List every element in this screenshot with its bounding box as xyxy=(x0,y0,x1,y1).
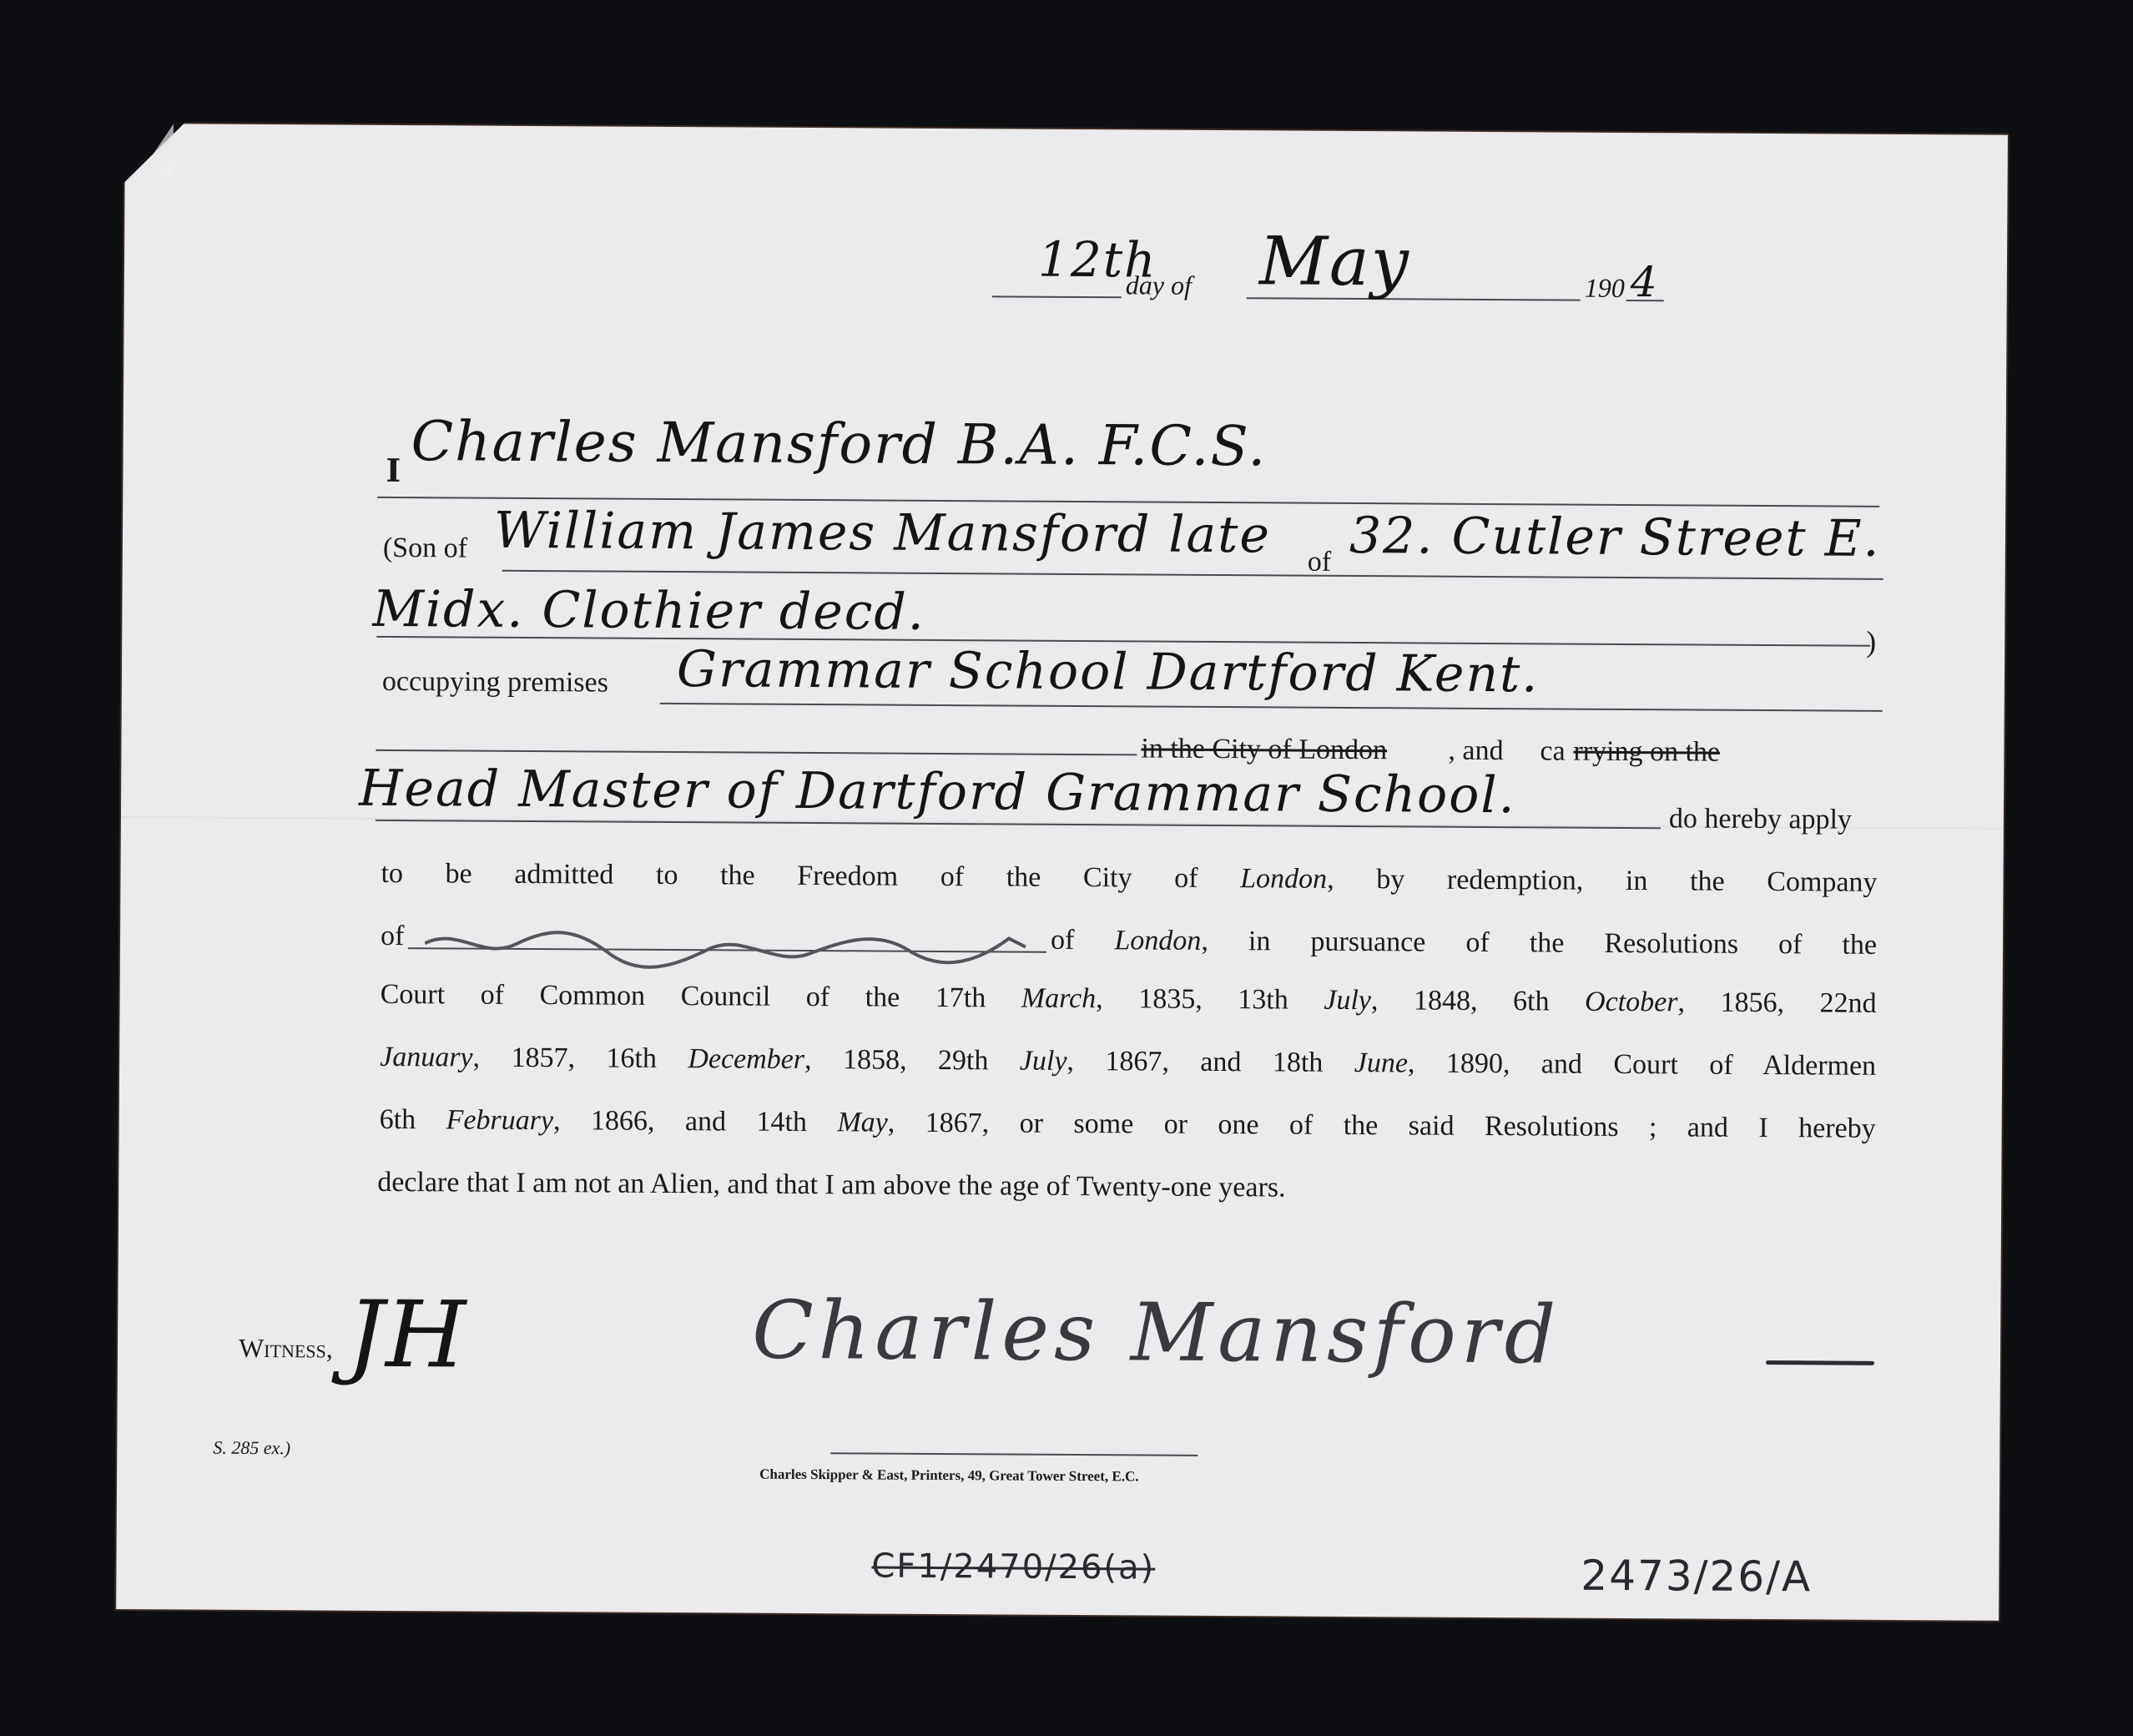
body-line-1: to be admitted to the Freedom of the Cit… xyxy=(381,860,1877,897)
father-rule xyxy=(502,570,1883,580)
company-of-label: of xyxy=(381,922,405,951)
date-line: 12th day of May 190 4 xyxy=(125,124,2008,135)
date-month: May xyxy=(1259,222,1410,300)
witness-label: Witness, xyxy=(239,1335,333,1362)
body-line-2: of London, in pursuance of the Resolutio… xyxy=(1051,926,1877,960)
archive-ref-current: 2473/26/A xyxy=(1581,1552,1812,1602)
address-line1: 32. Cutler Street E. xyxy=(1349,507,1881,568)
applicant-name: Charles Mansford B.A. F.C.S. xyxy=(411,409,1267,478)
printer-rule xyxy=(830,1452,1198,1456)
city-and-text: , and xyxy=(1448,737,1510,765)
form-number: S. 285 ex.) xyxy=(213,1439,290,1458)
signature-dash xyxy=(1766,1360,1874,1365)
premises-label: occupying premises xyxy=(382,668,608,698)
apply-label: do hereby apply xyxy=(1669,805,1852,834)
premises-rule xyxy=(660,703,1883,712)
body-line-6: declare that I am not an Alien, and that… xyxy=(377,1168,1286,1203)
close-paren: ) xyxy=(1866,627,1876,657)
year-prefix: 190 xyxy=(1585,275,1625,301)
father-name: William James Mansford late xyxy=(494,502,1271,565)
archive-ref-struck: CF1/2470/26(a) xyxy=(871,1547,1155,1587)
company-struck-wave xyxy=(425,926,1046,972)
body-line-4: January, 1857, 16th December, 1858, 29th… xyxy=(380,1043,1876,1081)
applicant-signature: Charles Mansford xyxy=(752,1284,1561,1382)
trade-prefix: ca xyxy=(1540,737,1565,765)
of-label: of xyxy=(1308,548,1332,577)
applicant-prefix: I xyxy=(386,455,401,487)
premises-value: Grammar School Dartford Kent. xyxy=(677,640,1540,704)
day-of-label: day of xyxy=(1126,271,1192,298)
body-line-3: Court of Common Council of the 17th Marc… xyxy=(381,981,1877,1018)
year-rule xyxy=(1626,300,1664,301)
day-rule xyxy=(992,295,1122,298)
city-rule xyxy=(376,749,1137,756)
printer-imprint: Charles Skipper & East, Printers, 49, Gr… xyxy=(759,1467,1139,1484)
address-line2: Midx. Clothier decd. xyxy=(372,580,925,642)
city-struck-text: in the City of London xyxy=(1141,734,1387,765)
occupation-value: Head Master of Dartford Grammar School. xyxy=(359,759,1516,825)
document-paper: 12th day of May 190 4 I Charles Mansford… xyxy=(116,124,2008,1621)
body-line-5: 6th February, 1866, and 14th May, 1867, … xyxy=(380,1106,1876,1143)
witness-signature: JH xyxy=(347,1281,468,1389)
son-of-label: (Son of xyxy=(383,534,467,563)
trade-struck-text: rrying on the xyxy=(1573,738,1720,767)
